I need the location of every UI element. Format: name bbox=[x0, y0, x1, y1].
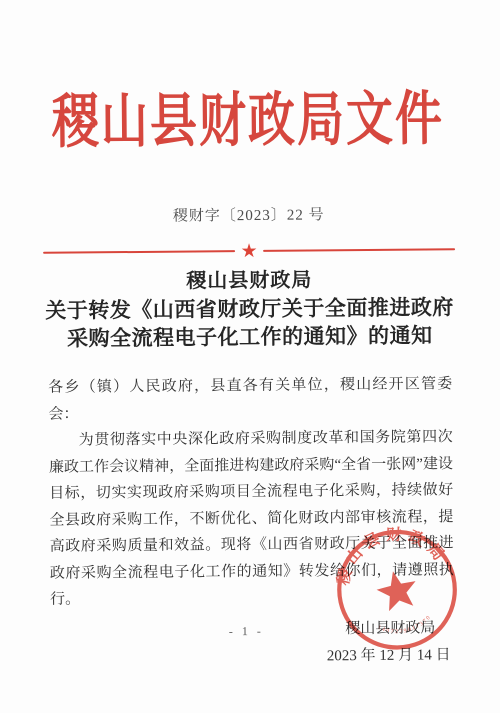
divider-line-left bbox=[43, 250, 235, 254]
body-paragraph: 为贯彻落实中央深化政府采购制度改革和国务院第四次廉政工作会议精神，全面推进构建政… bbox=[49, 424, 455, 613]
document-number: 稷财字〔2023〕22 号 bbox=[0, 204, 499, 228]
signature-date: 2023 年 12 月 14 日 bbox=[3, 642, 451, 673]
title-line-1: 稷山县财政局 bbox=[0, 265, 499, 297]
letterhead-title: 稷山县财政局文件 bbox=[0, 82, 498, 162]
red-divider: ★ bbox=[43, 239, 455, 263]
star-icon: ★ bbox=[235, 242, 262, 261]
document-title: 稷山县财政局 关于转发《山西省财政厅关于全面推进政府 采购全流程电子化工作的通知… bbox=[0, 265, 500, 353]
divider-line-right bbox=[263, 248, 455, 252]
title-line-3: 采购全流程电子化工作的通知》的通知 bbox=[0, 321, 500, 353]
document-page: 稷山县财政局文件 稷财字〔2023〕22 号 ★ 稷山县财政局 关于转发《山西省… bbox=[0, 0, 500, 713]
document-body: 各乡（镇）人民政府，县直各有关单位，稷山经开区管委会： 为贯彻落实中央深化政府采… bbox=[48, 371, 454, 613]
title-line-2: 关于转发《山西省财政厅关于全面推进政府 bbox=[0, 293, 500, 325]
salutation-line: 各乡（镇）人民政府，县直各有关单位，稷山经开区管委会： bbox=[48, 371, 452, 428]
